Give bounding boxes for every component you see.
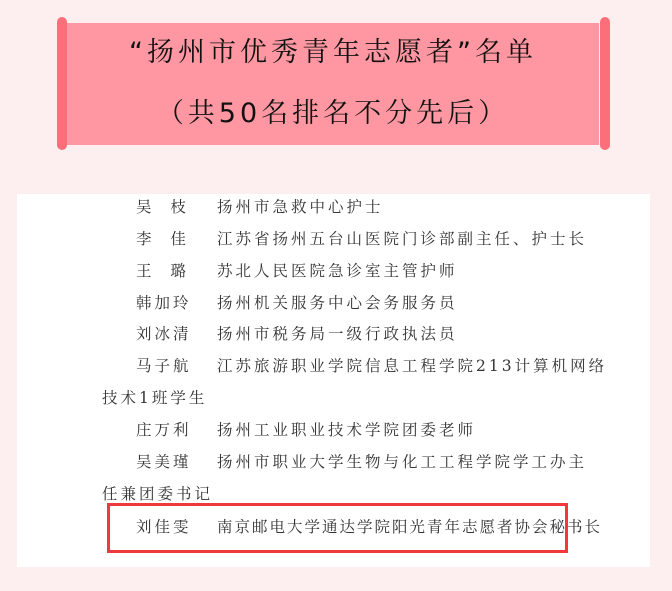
title-banner: “扬州市优秀青年志愿者”名单 （共50名排名不分先后） bbox=[67, 23, 599, 145]
volunteer-title: 江苏省扬州五台山医院门诊部副主任、护士长 bbox=[217, 227, 587, 251]
volunteer-name: 王 璐 bbox=[136, 259, 189, 283]
volunteer-title: 扬州市税务局一级行政执法员 bbox=[217, 322, 458, 346]
volunteer-title: 扬州机关服务中心会务服务员 bbox=[217, 291, 458, 315]
volunteer-name: 马子航 bbox=[136, 354, 192, 378]
volunteer-title: 江苏旅游职业学院信息工程学院213计算机网络 bbox=[217, 354, 607, 378]
highlight-box bbox=[107, 503, 568, 553]
volunteer-name: 李 佳 bbox=[136, 227, 189, 251]
volunteer-title: 扬州市职业大学生物与化工工程学院学工办主 bbox=[217, 450, 587, 474]
volunteer-title: 扬州市急救中心护士 bbox=[217, 195, 384, 219]
volunteer-name: 韩加玲 bbox=[136, 291, 192, 315]
page-subtitle: （共50名排名不分先后） bbox=[67, 91, 599, 130]
volunteer-name: 吴美瑾 bbox=[136, 450, 192, 474]
banner-right-bar bbox=[600, 17, 610, 150]
page-title: “扬州市优秀青年志愿者”名单 bbox=[67, 30, 599, 69]
banner-left-bar bbox=[57, 17, 67, 150]
volunteer-title: 扬州工业职业技术学院团委老师 bbox=[217, 418, 476, 442]
volunteer-name: 刘冰清 bbox=[136, 322, 192, 346]
volunteer-name: 庄万利 bbox=[136, 418, 192, 442]
volunteer-name: 吴 枝 bbox=[136, 195, 189, 219]
volunteer-title: 苏北人民医院急诊室主管护师 bbox=[217, 259, 458, 283]
volunteer-title-continued: 技术1班学生 bbox=[102, 386, 207, 410]
